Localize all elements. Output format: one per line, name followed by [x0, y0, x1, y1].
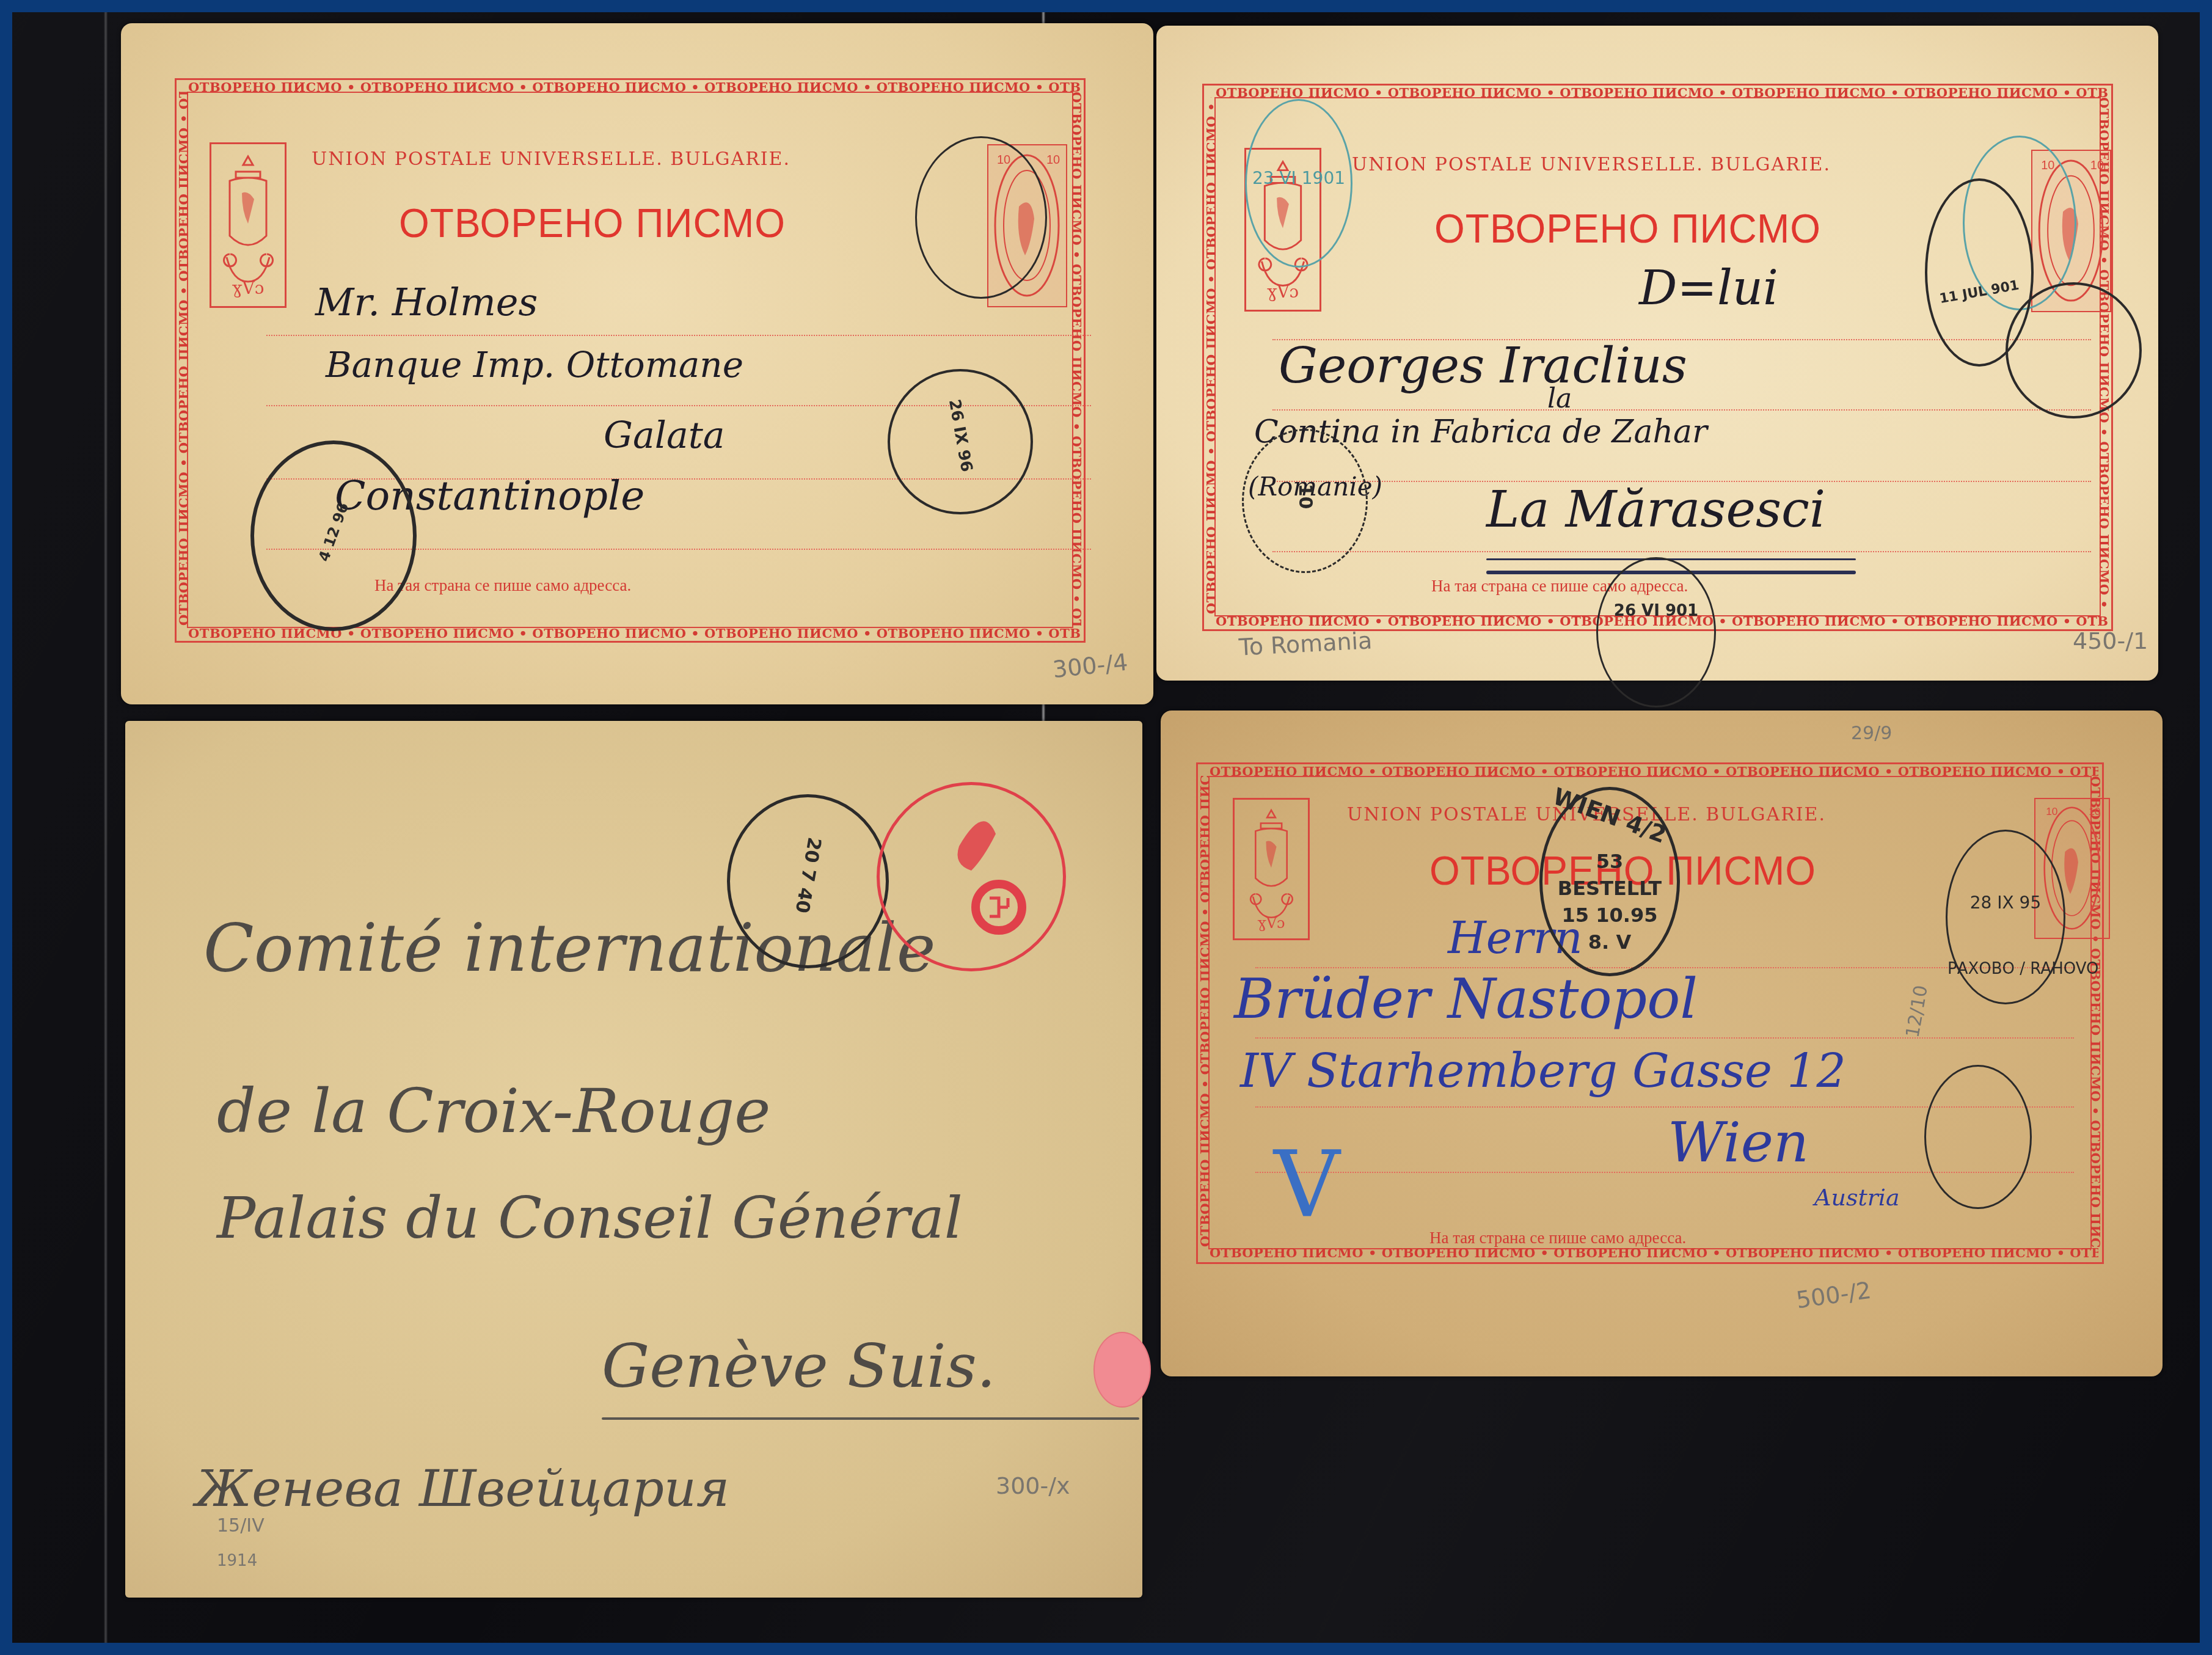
- envelope: Comité internationale de la Croix-Rouge …: [125, 721, 1142, 1598]
- address-line: [1255, 1037, 2074, 1039]
- address-line-cyrillic: Женева Швейцария: [195, 1460, 729, 1518]
- address-line-3: IV Starhemberg Gasse 12: [1240, 1043, 1846, 1098]
- svg-text:10: 10: [2089, 805, 2100, 817]
- pencil-note-destination: To Romania: [1238, 627, 1373, 660]
- blue-crayon-v-mark: V: [1274, 1132, 1340, 1238]
- address-line-3: la: [1547, 383, 1572, 414]
- border-text-top: ОТВОРЕНО ПИСМО • ОТВОРЕНО ПИСМО • ОТВОРЕ…: [1216, 85, 2108, 100]
- svg-text:10: 10: [2090, 159, 2104, 172]
- pencil-price-note: 500-/2: [1795, 1277, 1873, 1314]
- border-text-left: ОТВОРЕНО ПИСМО • ОТВОРЕНО ПИСМО • ОТВОРЕ…: [1203, 97, 1219, 614]
- sleeve-edge: [104, 12, 108, 1643]
- svg-text:ɣVɔ: ɣVɔ: [1267, 282, 1299, 302]
- upu-header: UNION POSTALE UNIVERSELLE. BULGARIE.: [1352, 154, 1831, 175]
- postal-card-2: ОТВОРЕНО ПИСМО • ОТВОРЕНО ПИСМО • ОТВОРЕ…: [1156, 26, 2158, 681]
- ink-underline: [602, 1417, 1139, 1420]
- postmark-bucuresti: 10: [1242, 429, 1368, 573]
- upu-header: UNION POSTALE UNIVERSELLE. BULGARIE.: [312, 148, 790, 170]
- pink-sticker-label: [1093, 1332, 1151, 1408]
- card-footer-note: На тая страна се пише само адресса.: [1429, 1229, 1686, 1248]
- address-line-3: Palais du Conseil Général: [217, 1185, 963, 1252]
- address-line-2: Banque Imp. Ottomane: [326, 344, 743, 385]
- svg-text:10: 10: [2046, 805, 2057, 817]
- postal-card-3: ОТВОРЕНО ПИСМО • ОТВОРЕНО ПИСМО • ОТВОРЕ…: [1161, 711, 2163, 1376]
- address-line-2: Georges Iraclius: [1279, 337, 1687, 394]
- pencil-note-year: 1914: [217, 1552, 257, 1570]
- pencil-price-note: 300-/4: [1051, 649, 1129, 684]
- address-line-4: Wien: [1668, 1111, 1809, 1175]
- address-line: [1272, 409, 2091, 411]
- pencil-note-date: 15/IV: [217, 1515, 265, 1536]
- address-line-4: Genève Suis.: [602, 1332, 996, 1401]
- postmark-wien: WIEN 4/2 53 BESTELLT 15 10.95 8. V: [1539, 787, 1680, 976]
- censor-seal-eagle-icon: [877, 782, 1066, 971]
- address-line-3: Galata: [604, 414, 725, 457]
- address-line-2: Brüder Nastopol: [1234, 967, 1698, 1031]
- svg-text:ɣVɔ: ɣVɔ: [1257, 915, 1285, 932]
- address-line-6: La Mărasesci: [1486, 481, 1825, 539]
- svg-text:ɣVɔ: ɣVɔ: [232, 278, 265, 298]
- card-footer-note: На тая страна се пише само адресса.: [374, 576, 631, 595]
- address-line-2: de la Croix-Rouge: [217, 1075, 770, 1147]
- address-line-1: D=lui: [1639, 261, 1778, 316]
- postmark-expeditia: 26 VI 901: [1596, 557, 1716, 707]
- pencil-price-note: 300-/x: [996, 1472, 1070, 1499]
- border-text-top: ОТВОРЕНО ПИСМО • ОТВОРЕНО ПИСМО • ОТВОРЕ…: [1210, 764, 2098, 779]
- address-line: [266, 335, 1091, 336]
- postmark-svishtov: 26 IX 96: [888, 369, 1033, 514]
- border-text-right: ОТВОРЕНО ПИСМО • ОТВОРЕНО ПИСМО • ОТВОРЕ…: [1069, 92, 1084, 626]
- address-line-1: Mr. Holmes: [315, 280, 538, 324]
- svg-text:10: 10: [1046, 153, 1060, 167]
- postmark-rahovo: 28 IX 95 РАХОВО / RAHOVO: [1946, 830, 2065, 1004]
- coat-of-arms-icon: ɣVɔ: [1233, 798, 1310, 940]
- postal-card-1: ОТВОРЕНО ПИСМО • ОТВОРЕНО ПИСМО • ОТВОРЕ…: [121, 23, 1153, 704]
- postmark-galatz: [1924, 1065, 2032, 1209]
- card-title: ОТВОРЕНО ПИСМО: [1434, 205, 1821, 252]
- border-text-left: ОТВОРЕНО ПИСМО • ОТВОРЕНО ПИСМО • ОТВОРЕ…: [176, 92, 191, 626]
- postmark-constantinopel: 4 12 96: [250, 440, 417, 631]
- address-line-5: Austria: [1814, 1184, 1900, 1211]
- postmark-sofia: 20 7 40: [727, 794, 889, 968]
- postmark-sad-ro-tina: [2006, 282, 2142, 418]
- pencil-note: 29/9: [1851, 723, 1892, 744]
- card-title: ОТВОРЕНО ПИСМО: [399, 199, 786, 247]
- coat-of-arms-icon: ɣVɔ: [210, 142, 287, 308]
- border-text-top: ОТВОРЕНО ПИСМО • ОТВОРЕНО ПИСМО • ОТВОРЕ…: [188, 79, 1080, 95]
- postmark-ahielo: 23 VI 1901: [1245, 99, 1352, 268]
- address-line: [1272, 551, 2091, 552]
- postmark-on-stamp: [915, 136, 1047, 299]
- border-text-left: ОТВОРЕНО ПИСМО • ОТВОРЕНО ПИСМО • ОТВОРЕ…: [1197, 776, 1213, 1247]
- pencil-price-note: 450-/1: [2073, 627, 2148, 654]
